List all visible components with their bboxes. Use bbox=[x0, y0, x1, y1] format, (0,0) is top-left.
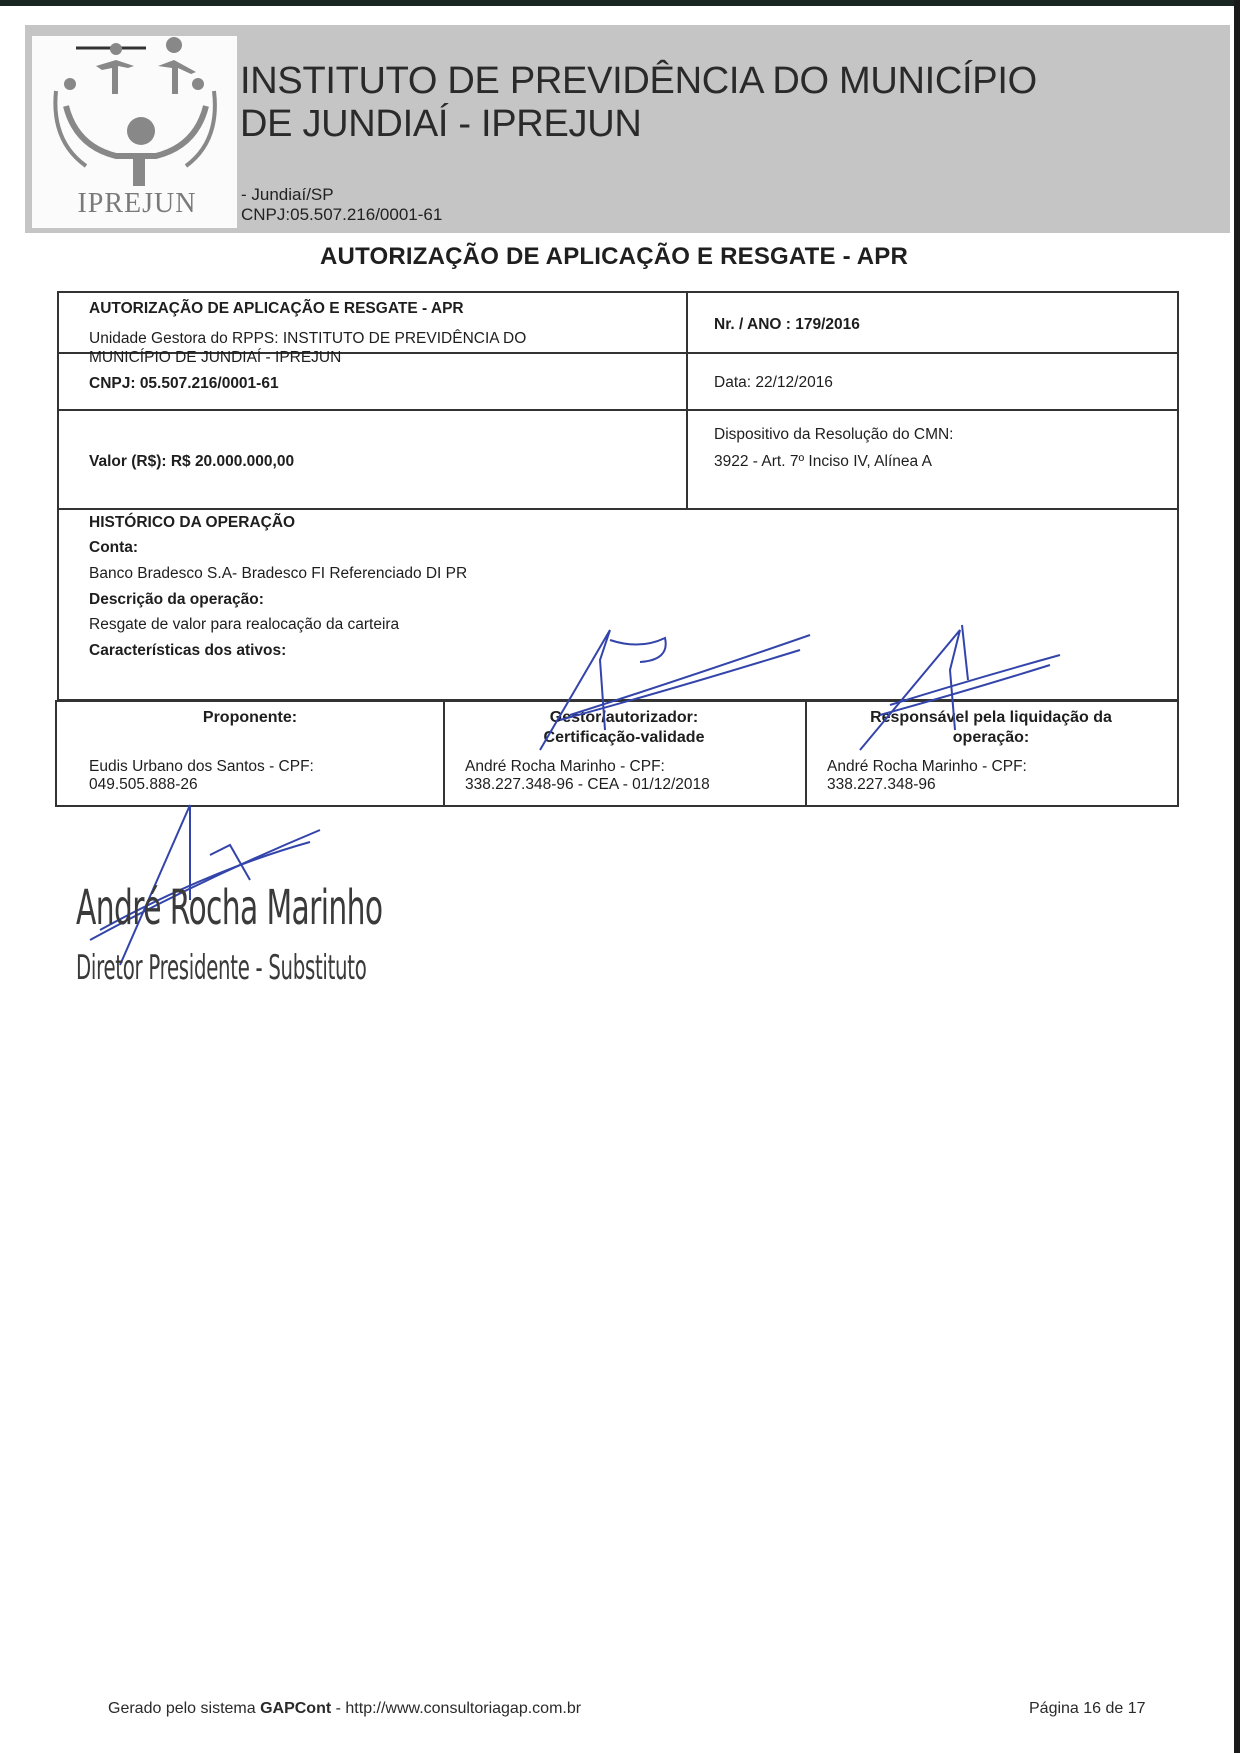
institution-name: INSTITUTO DE PREVIDÊNCIA DO MUNICÍPIO DE… bbox=[240, 60, 1140, 146]
document-title: AUTORIZAÇÃO DE APLICAÇÃO E RESGATE - APR bbox=[320, 243, 908, 271]
divider bbox=[59, 508, 1177, 510]
stamp-name: André Rocha Marinho bbox=[76, 880, 383, 936]
conta-label: Conta: bbox=[89, 539, 138, 557]
historico-title: HISTÓRICO DA OPERAÇÃO bbox=[89, 514, 295, 532]
operation-date: Data: 22/12/2016 bbox=[714, 374, 833, 392]
signatories-table: Proponente: Eudis Urbano dos Santos - CP… bbox=[55, 700, 1179, 807]
scan-top-edge bbox=[0, 0, 1240, 6]
page-number: Página 16 de 17 bbox=[1029, 1700, 1146, 1718]
footer-system-name: GAPCont bbox=[260, 1700, 331, 1717]
institution-details: - Jundiaí/SP CNPJ:05.507.216/0001-61 bbox=[241, 185, 442, 225]
stamp-role: Diretor Presidente - Substituto bbox=[76, 948, 366, 988]
descricao-label: Descrição da operação: bbox=[89, 591, 264, 609]
operation-value: Valor (R$): R$ 20.000.000,00 bbox=[89, 453, 294, 471]
section-title: AUTORIZAÇÃO DE APLICAÇÃO E RESGATE - APR bbox=[89, 300, 464, 318]
institution-city: - Jundiaí/SP bbox=[241, 185, 442, 205]
logo-wordmark: IPREJUN bbox=[42, 188, 232, 220]
divider bbox=[686, 293, 688, 508]
descricao-value: Resgate de valor para realocação da cart… bbox=[89, 616, 399, 634]
unidade-gestora: Unidade Gestora do RPPS: INSTITUTO DE PR… bbox=[89, 330, 526, 348]
unidade-gestora-cont: MUNICÍPIO DE JUNDIAÍ - IPREJUN bbox=[89, 349, 341, 367]
institution-cnpj: CNPJ:05.507.216/0001-61 bbox=[241, 205, 442, 225]
divider bbox=[59, 409, 1177, 411]
dispositivo-value: 3922 - Art. 7º Inciso IV, Alínea A bbox=[714, 453, 932, 471]
caracteristicas-label: Características dos ativos: bbox=[89, 642, 286, 660]
iprejun-people-icon bbox=[46, 36, 226, 186]
logo: IPREJUN bbox=[32, 36, 237, 228]
numero-ano: Nr. / ANO : 179/2016 bbox=[714, 316, 860, 334]
footer-generated-by: Gerado pelo sistema GAPCont - http://www… bbox=[108, 1700, 581, 1718]
conta-value: Banco Bradesco S.A- Bradesco FI Referenc… bbox=[89, 565, 467, 583]
dispositivo-label: Dispositivo da Resolução do CMN: bbox=[714, 426, 954, 444]
apr-form-table: AUTORIZAÇÃO DE APLICAÇÃO E RESGATE - APR… bbox=[57, 291, 1179, 701]
form-cnpj: CNPJ: 05.507.216/0001-61 bbox=[89, 375, 279, 393]
scan-right-edge bbox=[1234, 0, 1240, 1753]
